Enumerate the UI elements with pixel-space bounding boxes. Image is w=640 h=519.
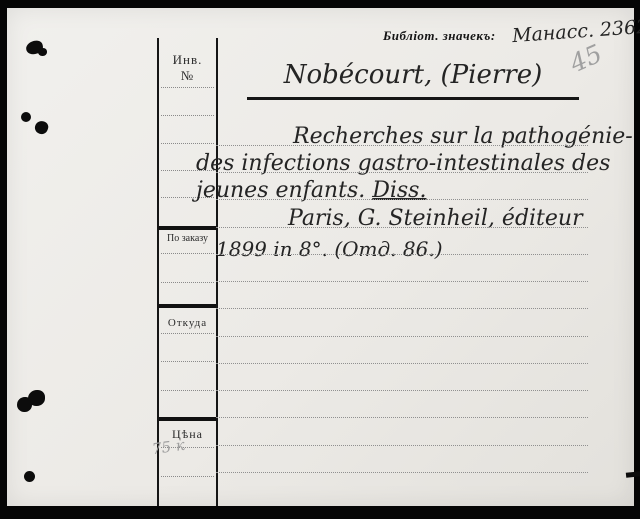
ruled-line bbox=[216, 390, 588, 391]
library-stamp-value: Манасс. 23627 bbox=[511, 15, 640, 47]
ink-blot bbox=[38, 48, 47, 56]
year-format-line: 1899 in 8°. (Отд. 86.) bbox=[216, 237, 443, 261]
origin-label: Откуда bbox=[159, 317, 216, 329]
ruled-line bbox=[216, 445, 588, 446]
form-dotted-line bbox=[161, 115, 214, 116]
ink-blot bbox=[33, 119, 50, 136]
form-dotted-line bbox=[161, 253, 214, 254]
form-dotted-line bbox=[161, 282, 214, 283]
library-stamp-label: Библіот. значекъ: bbox=[383, 28, 496, 44]
ruled-line bbox=[216, 281, 588, 282]
author-heading: Nobécourt, (Pierre) bbox=[247, 60, 579, 90]
ink-blot bbox=[28, 390, 45, 406]
order-label: По заказу bbox=[159, 233, 216, 244]
form-dotted-line bbox=[161, 361, 214, 362]
form-section-divider bbox=[159, 304, 216, 308]
ruled-line bbox=[216, 199, 588, 200]
inventory-label-line1: Инв. bbox=[159, 52, 216, 68]
form-dotted-line bbox=[161, 333, 214, 334]
heading-underline bbox=[247, 97, 579, 100]
ruled-line bbox=[216, 172, 588, 173]
edge-mark bbox=[626, 471, 640, 478]
ruled-line bbox=[216, 145, 588, 146]
ruled-line bbox=[216, 363, 588, 364]
ruled-line bbox=[216, 336, 588, 337]
ink-blot bbox=[21, 112, 31, 122]
ruled-line bbox=[216, 417, 588, 418]
form-dotted-line bbox=[161, 143, 214, 144]
form-column: Инв. № По заказу Откуда Цѣна bbox=[157, 38, 218, 506]
inventory-label-line2: № bbox=[159, 68, 216, 84]
ruled-line bbox=[216, 472, 588, 473]
ink-blot bbox=[24, 471, 35, 482]
form-section-divider bbox=[159, 417, 216, 421]
ruled-line bbox=[216, 227, 588, 228]
inventory-label: Инв. № bbox=[159, 52, 216, 84]
scanned-catalog-card: Инв. № По заказу Откуда Цѣна Библіот. зн… bbox=[0, 0, 640, 519]
form-dotted-line bbox=[161, 390, 214, 391]
form-dotted-line bbox=[161, 476, 214, 477]
ruled-line bbox=[216, 254, 588, 255]
form-dotted-line bbox=[161, 87, 214, 88]
form-section-divider bbox=[159, 226, 216, 230]
card-paper: Инв. № По заказу Откуда Цѣна Библіот. зн… bbox=[7, 8, 634, 506]
ruled-line bbox=[216, 308, 588, 309]
